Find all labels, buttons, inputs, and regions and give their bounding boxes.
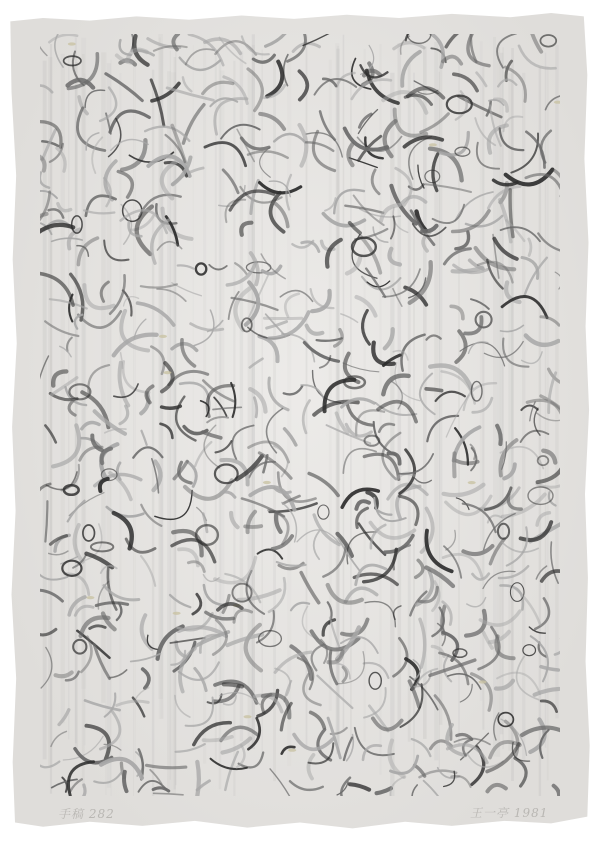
marks-drawing	[40, 34, 560, 796]
calligraphic-marks-field	[40, 34, 560, 796]
signature-date: 王一亭 1981	[470, 804, 548, 821]
inscription-left: 手稿 282	[58, 805, 115, 822]
